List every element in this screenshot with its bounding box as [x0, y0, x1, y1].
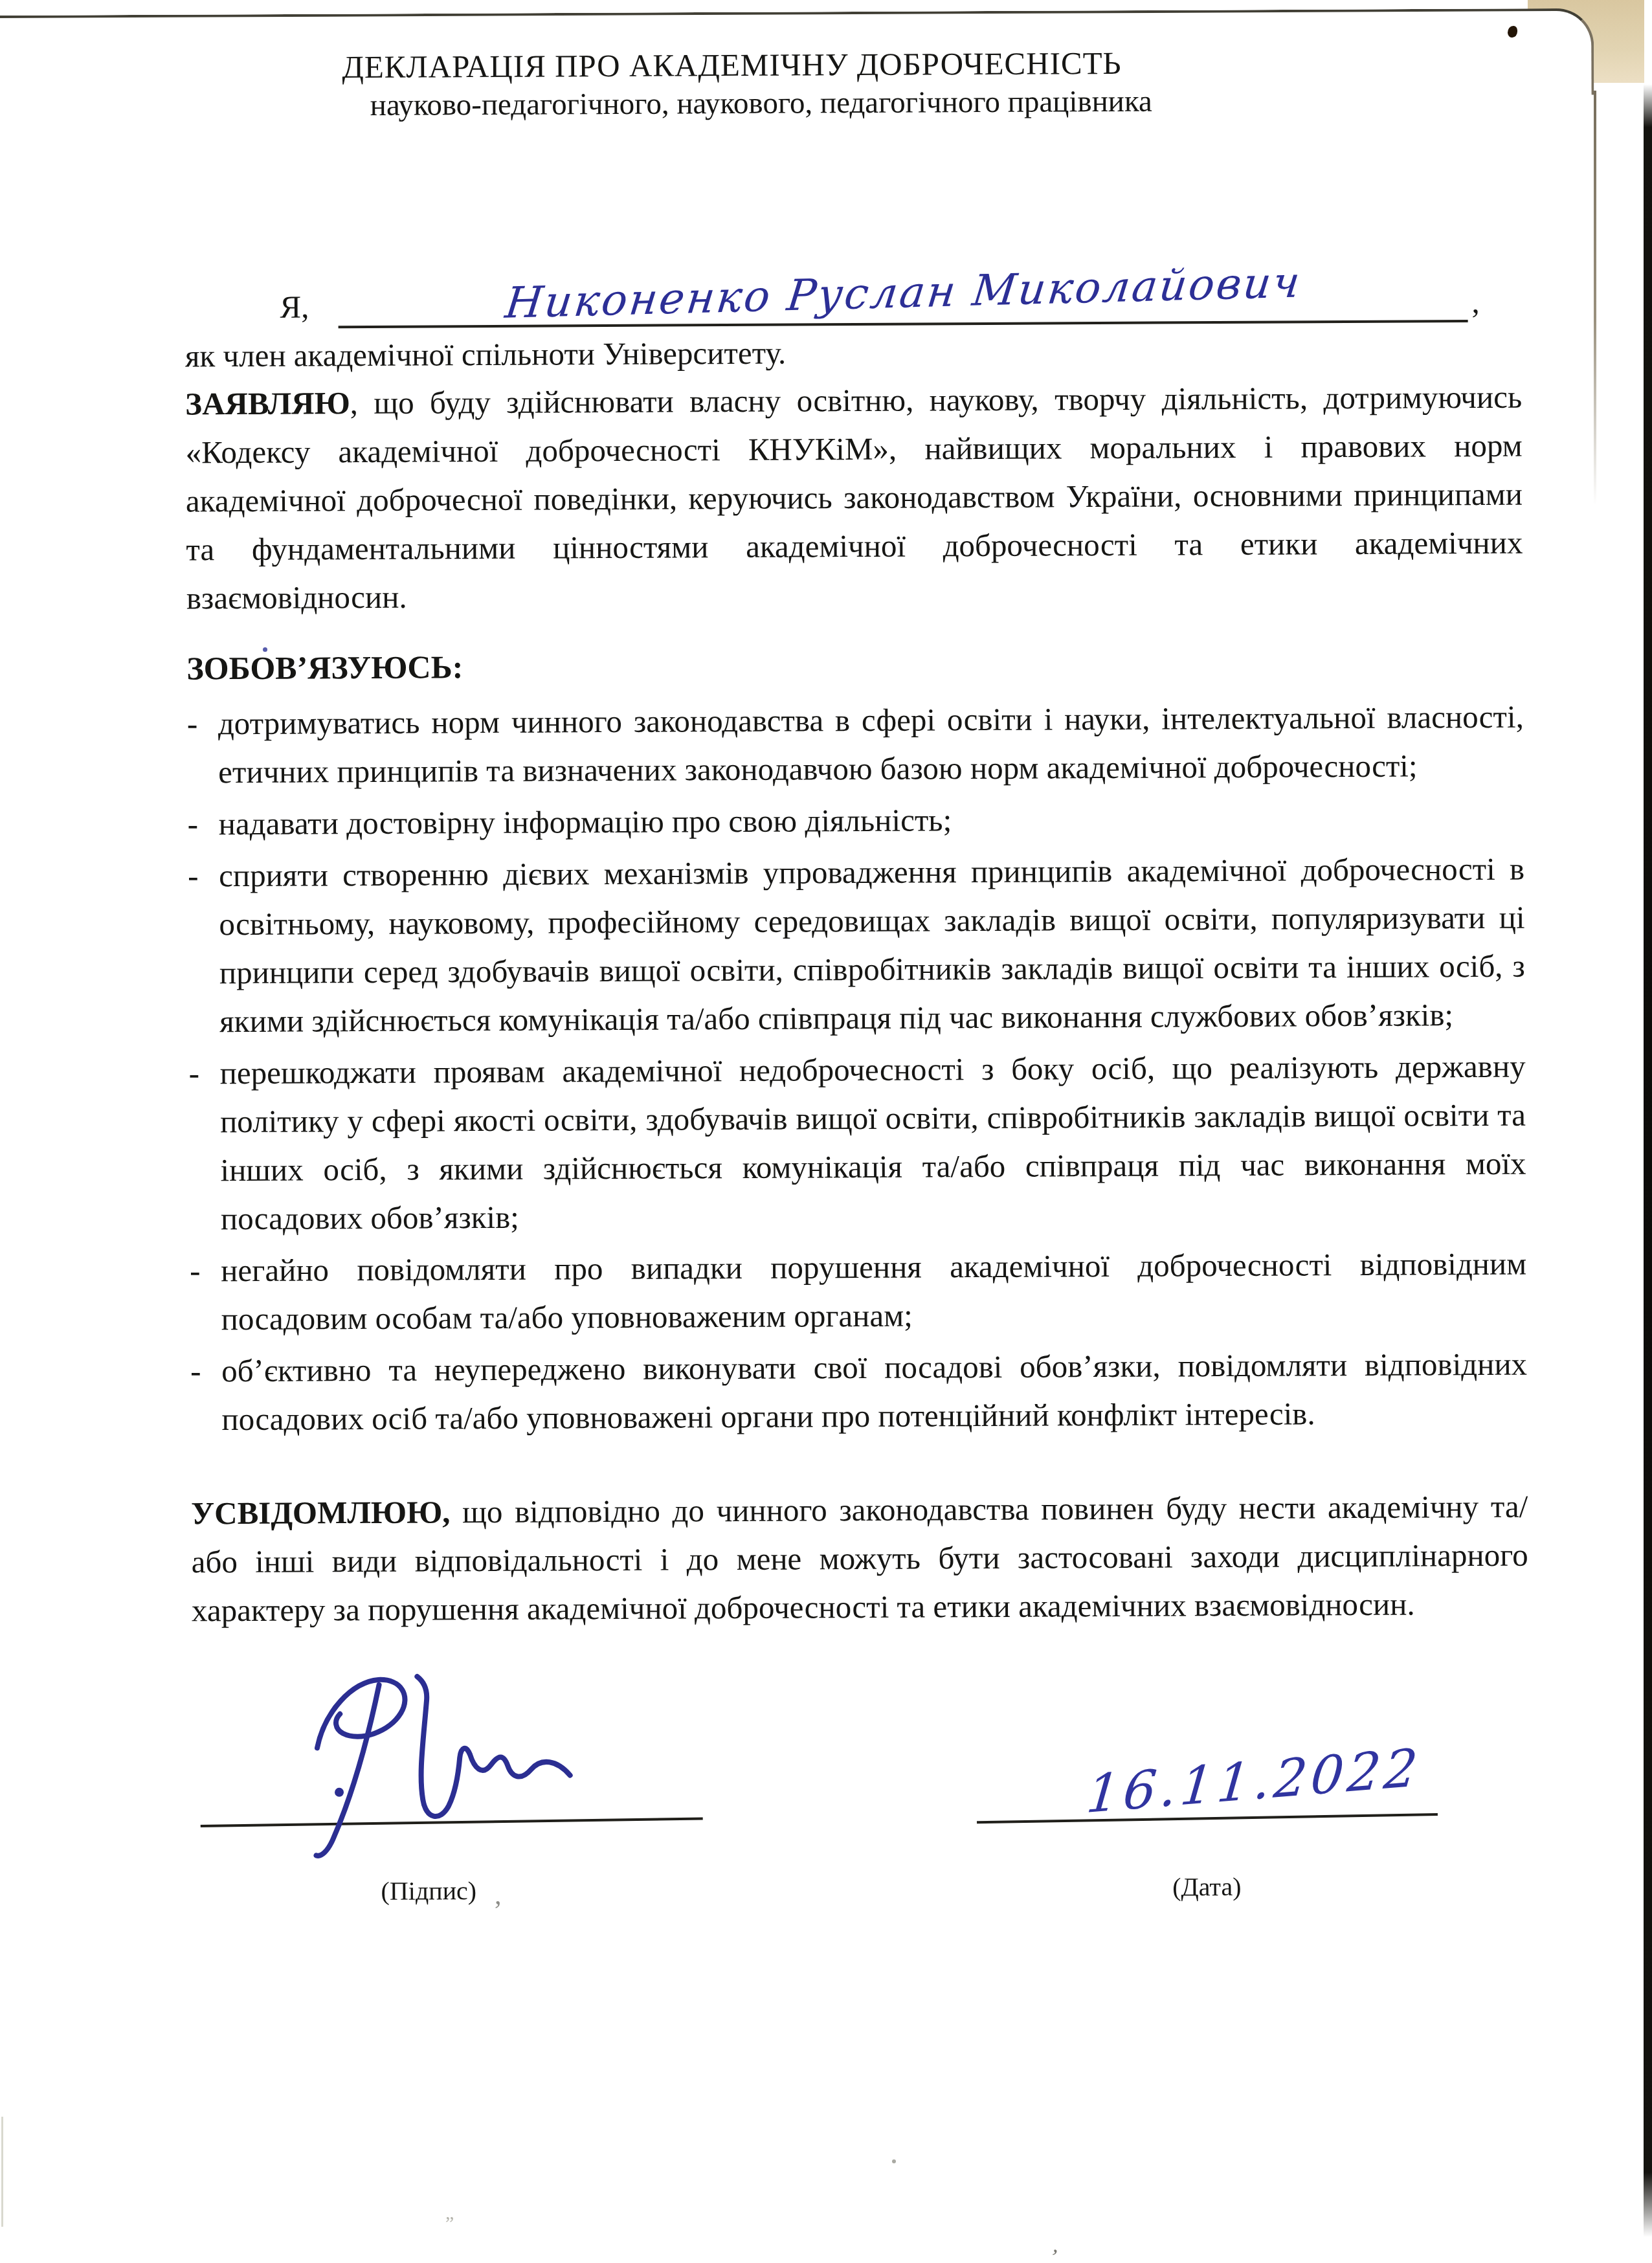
obligation-item-4: -перешкоджати проявам академічної недобр… [188, 1042, 1526, 1243]
obligation-item-3: -сприяти створенню дієвих механізмів упр… [188, 845, 1526, 1046]
declaration-paragraph: ЗАЯВЛЯЮ, що буду здійснювати власну осві… [185, 373, 1523, 623]
acknowledgement-lead: УСВІДОМЛЮЮ, [191, 1494, 451, 1531]
signature-label: (Підпис) [200, 1874, 702, 1908]
obligation-item-6: -об’єктивно та неупереджено виконувати с… [190, 1340, 1528, 1444]
obligation-text: сприяти створенню дієвих механізмів упро… [219, 851, 1525, 1040]
bullet-dash: - [190, 1346, 201, 1395]
declaration-lead: ЗАЯВЛЯЮ [185, 385, 350, 421]
acknowledgement-paragraph: УСВІДОМЛЮЮ, що відповідно до чинного зак… [191, 1482, 1528, 1635]
scan-speck: ’ [493, 1895, 502, 1926]
obligation-item-1: -дотримуватись норм чинного законодавств… [187, 693, 1524, 797]
obligations-list: -дотримуватись норм чинного законодавств… [187, 693, 1528, 1444]
scan-speck: , [1051, 2233, 1062, 2258]
document: ДЕКЛАРАЦІЯ ПРО АКАДЕМІЧНУ ДОБРОЧЕСНІСТЬ … [183, 0, 1530, 1908]
scanned-page: ДЕКЛАРАЦІЯ ПРО АКАДЕМІЧНУ ДОБРОЧЕСНІСТЬ … [0, 0, 1652, 2263]
page-right-edge [1594, 91, 1596, 505]
bullet-dash: - [188, 851, 199, 900]
scan-speck [892, 2159, 896, 2163]
document-subtitle: науково-педагогічного, наукового, педаго… [184, 82, 1339, 125]
signature-labels: (Підпис) (Дата) [193, 1870, 1530, 1908]
bullet-dash: - [187, 799, 198, 848]
date-label: (Дата) [976, 1870, 1437, 1904]
scan-edge-strip [1644, 84, 1652, 2237]
signature-area [199, 1682, 703, 1827]
bullet-dash: - [190, 1246, 201, 1295]
handwritten-name: Никоненко Руслан Миколайович [502, 257, 1304, 333]
obligation-text: перешкоджати проявам академічної недобро… [220, 1049, 1526, 1237]
obligations-heading: ЗОБОВ’ЯЗУЮСЬ: [186, 638, 1523, 693]
obligation-item-2: -надавати достовірну інформацію про свою… [187, 793, 1524, 849]
scan-speck [1, 2117, 3, 2227]
signature-handwriting [254, 1667, 593, 1867]
scanner-bed-strip [1589, 0, 1644, 744]
bullet-dash: - [187, 699, 198, 748]
obligation-text: надавати достовірну інформацію про свою … [219, 802, 952, 842]
date-area: 16.11.2022 [974, 1677, 1438, 1823]
scan-speck: ” [445, 2213, 454, 2235]
signature-block: 16.11.2022 [192, 1682, 1530, 1825]
intro-line: Я, Никоненко Руслан Миколайович , [184, 225, 1522, 329]
obligation-text: негайно повідомляти про випадки порушенн… [221, 1246, 1526, 1337]
obligation-text: об’єктивно та неупереджено виконувати св… [221, 1346, 1527, 1438]
membership-line: як член академічної спільноти Університе… [185, 326, 1522, 380]
bullet-dash: - [188, 1049, 199, 1097]
name-underline: Никоненко Руслан Миколайович [338, 265, 1468, 328]
intro-pronoun: Я, [280, 288, 309, 328]
document-title: ДЕКЛАРАЦІЯ ПРО АКАДЕМІЧНУ ДОБРОЧЕСНІСТЬ [183, 43, 1280, 88]
intro-comma: , [1471, 284, 1480, 322]
obligation-text: дотримуватись норм чинного законодавства… [218, 699, 1524, 790]
obligation-item-5: -негайно повідомляти про випадки порушен… [190, 1240, 1527, 1344]
declaration-text: , що буду здійснювати власну освітню, на… [186, 379, 1523, 616]
scan-speck [263, 647, 267, 652]
handwritten-date: 16.11.2022 [1084, 1737, 1423, 1825]
